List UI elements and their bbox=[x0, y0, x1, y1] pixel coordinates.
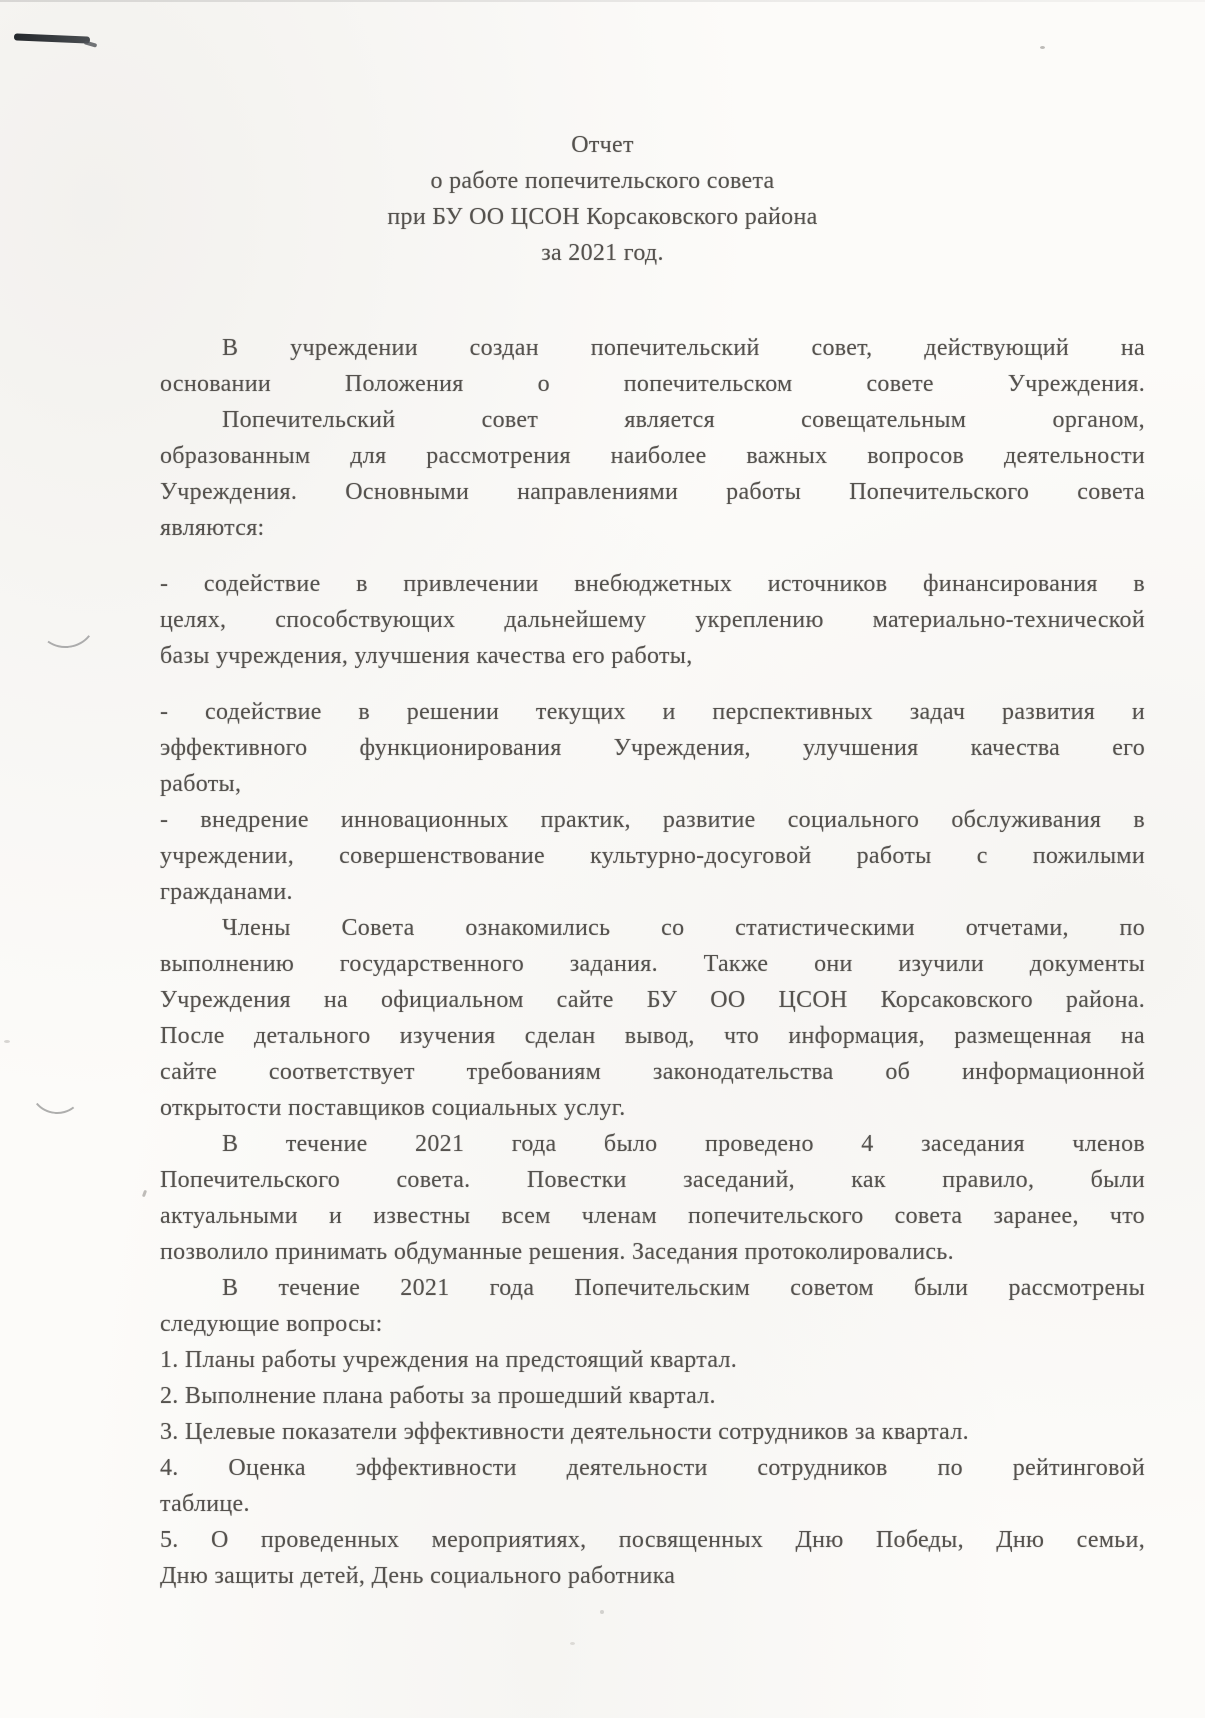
text-line: работы, bbox=[160, 766, 1145, 802]
text-line: основании Положения о попечительском сов… bbox=[160, 366, 1145, 402]
text-line: актуальными и известны всем членам попеч… bbox=[160, 1198, 1145, 1234]
scanned-page: Отчет о работе попечительского совета пр… bbox=[0, 0, 1205, 1718]
text-line: гражданами. bbox=[160, 874, 1145, 910]
report-title: Отчет о работе попечительского совета пр… bbox=[110, 0, 1095, 272]
text-line: 2. Выполнение плана работы за прошедший … bbox=[160, 1378, 1145, 1414]
text-line: являются: bbox=[160, 510, 1145, 546]
document-content: Отчет о работе попечительского совета пр… bbox=[0, 0, 1205, 1594]
text-line: сайте соответствует требованиям законода… bbox=[160, 1054, 1145, 1090]
text-line: базы учреждения, улучшения качества его … bbox=[160, 638, 1145, 674]
text-line: образованным для рассмотрения наиболее в… bbox=[160, 438, 1145, 474]
scan-speck bbox=[570, 1642, 575, 1645]
text-line: Попечительский совет является совещатель… bbox=[160, 402, 1145, 438]
scan-speck bbox=[600, 1610, 604, 1614]
text-line: - внедрение инновационных практик, разви… bbox=[160, 802, 1145, 838]
text-line: - содействие в решении текущих и перспек… bbox=[160, 694, 1145, 730]
text-line: В течение 2021 года было проведено 4 зас… bbox=[160, 1126, 1145, 1162]
report-title-line: о работе попечительского совета bbox=[110, 164, 1095, 200]
text-line: следующие вопросы: bbox=[160, 1306, 1145, 1342]
report-title-line: за 2021 год. bbox=[110, 236, 1095, 272]
report-body: В учреждении создан попечительский совет… bbox=[160, 330, 1145, 1594]
text-line: В учреждении создан попечительский совет… bbox=[160, 330, 1145, 366]
text-line: Дню защиты детей, День социального работ… bbox=[160, 1558, 1145, 1594]
text-line: 3. Целевые показатели эффективности деят… bbox=[160, 1414, 1145, 1450]
text-line: Попечительского совета. Повестки заседан… bbox=[160, 1162, 1145, 1198]
text-line: выполнению государственного задания. Так… bbox=[160, 946, 1145, 982]
text-line: позволило принимать обдуманные решения. … bbox=[160, 1234, 1145, 1270]
text-line: таблице. bbox=[160, 1486, 1145, 1522]
report-title-line: Отчет bbox=[110, 128, 1095, 164]
text-line: целях, способствующих дальнейшему укрепл… bbox=[160, 602, 1145, 638]
text-line: Учреждения. Основными направлениями рабо… bbox=[160, 474, 1145, 510]
text-line: Члены Совета ознакомились со статистичес… bbox=[160, 910, 1145, 946]
report-title-line: при БУ ОО ЦСОН Корсаковского района bbox=[110, 200, 1095, 236]
text-line: - содействие в привлечении внебюджетных … bbox=[160, 566, 1145, 602]
text-line: 1. Планы работы учреждения на предстоящи… bbox=[160, 1342, 1145, 1378]
text-line: 5. О проведенных мероприятиях, посвященн… bbox=[160, 1522, 1145, 1558]
text-line: 4. Оценка эффективности деятельности сот… bbox=[160, 1450, 1145, 1486]
text-line: В течение 2021 года Попечительским совет… bbox=[160, 1270, 1145, 1306]
text-line: учреждении, совершенствование культурно-… bbox=[160, 838, 1145, 874]
text-line: эффективного функционирования Учреждения… bbox=[160, 730, 1145, 766]
text-line: открытости поставщиков социальных услуг. bbox=[160, 1090, 1145, 1126]
text-line: Учреждения на официальном сайте БУ ОО ЦС… bbox=[160, 982, 1145, 1018]
text-line: После детального изучения сделан вывод, … bbox=[160, 1018, 1145, 1054]
